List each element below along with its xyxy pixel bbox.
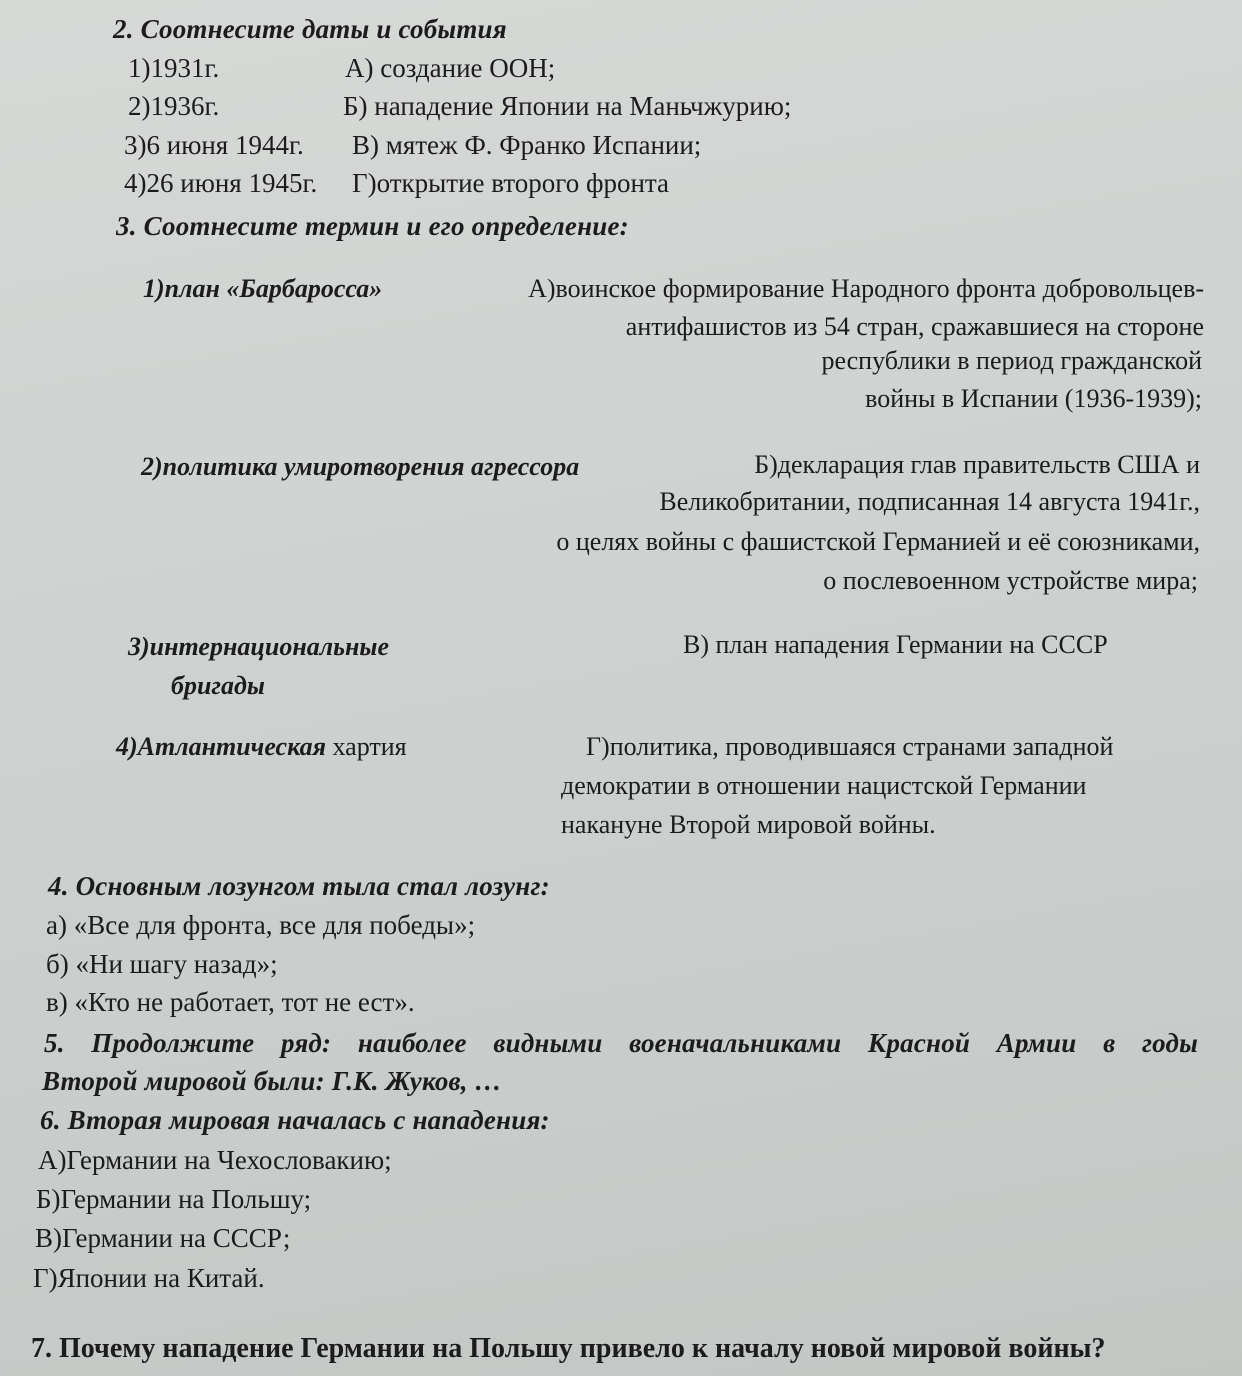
q6-option-b: Б)Германии на Польшу; bbox=[36, 1184, 311, 1215]
q4-title: 4. Основным лозунгом тыла стал лозунг: bbox=[48, 871, 550, 902]
worksheet-page: 2. Соотнесите даты и события 1)1931г. 2)… bbox=[0, 0, 1242, 1376]
q3-def-a-line-3: республики в период гражданской bbox=[821, 346, 1202, 376]
q3-def-a-line-4: войны в Испании (1936-1939); bbox=[865, 384, 1202, 414]
q6-title: 6. Вторая мировая началась с нападения: bbox=[40, 1105, 550, 1136]
q4-option-v: в) «Кто не работает, тот не ест». bbox=[46, 987, 415, 1018]
q3-term-4: 4)Атлантическая хартия bbox=[116, 732, 407, 762]
q2-event-v: В) мятеж Ф. Франко Испании; bbox=[352, 130, 701, 161]
q3-term-4-bold: 4)Атлантическая bbox=[116, 732, 326, 761]
q5-title-line-2: Второй мировой были: Г.К. Жуков, … bbox=[42, 1066, 502, 1097]
q3-term-2: 2)политика умиротворения агрессора bbox=[141, 452, 579, 482]
q4-option-a: а) «Все для фронта, все для победы»; bbox=[46, 910, 475, 941]
q3-def-v-line-1: В) план нападения Германии на СССР bbox=[683, 630, 1108, 660]
q2-event-g: Г)открытие второго фронта bbox=[352, 168, 669, 199]
q3-def-b-line-3: о целях войны с фашистской Германией и е… bbox=[556, 527, 1200, 557]
q3-term-3-line-1: 3)интернациональные bbox=[128, 632, 389, 662]
q3-def-g-line-1: Г)политика, проводившаяся странами запад… bbox=[586, 732, 1113, 762]
q3-def-a-line-2: антифашистов из 54 стран, сражавшиеся на… bbox=[626, 312, 1204, 342]
q3-def-b-line-4: о послевоенном устройстве мира; bbox=[823, 566, 1198, 596]
q3-def-a-line-1: А)воинское формирование Народного фронта… bbox=[528, 274, 1204, 304]
q2-date-1: 1)1931г. bbox=[128, 53, 219, 84]
q3-def-b-line-1: Б)декларация глав правительств США и bbox=[754, 450, 1200, 480]
q3-term-1: 1)план «Барбаросса» bbox=[143, 274, 382, 304]
q3-term-3-line-2: бригады bbox=[171, 671, 265, 701]
q2-date-3: 3)6 июня 1944г. bbox=[124, 130, 304, 161]
q5-title-line-1: 5. Продолжите ряд: наиболее видными воен… bbox=[44, 1028, 1198, 1059]
q2-title: 2. Соотнесите даты и события bbox=[113, 14, 507, 45]
q4-option-b: б) «Ни шагу назад»; bbox=[46, 949, 278, 980]
q2-event-b: Б) нападение Японии на Маньчжурию; bbox=[343, 91, 791, 122]
q2-date-2: 2)1936г. bbox=[128, 91, 219, 122]
q2-date-4: 4)26 июня 1945г. bbox=[124, 168, 317, 199]
q6-option-g: Г)Японии на Китай. bbox=[33, 1263, 265, 1294]
q6-option-a: А)Германии на Чехословакию; bbox=[38, 1145, 392, 1176]
q3-def-g-line-2: демократии в отношении нацистской Герман… bbox=[561, 771, 1086, 801]
q3-def-b-line-2: Великобритании, подписанная 14 августа 1… bbox=[659, 487, 1200, 517]
q3-title: 3. Соотнесите термин и его определение: bbox=[116, 211, 629, 242]
q7-title: 7. Почему нападение Германии на Польшу п… bbox=[31, 1333, 1105, 1365]
q3-term-4-regular: хартия bbox=[326, 732, 407, 761]
q3-def-g-line-3: накануне Второй мировой войны. bbox=[561, 810, 936, 840]
q2-event-a: А) создание ООН; bbox=[345, 53, 555, 84]
q6-option-v: В)Германии на СССР; bbox=[35, 1223, 290, 1254]
